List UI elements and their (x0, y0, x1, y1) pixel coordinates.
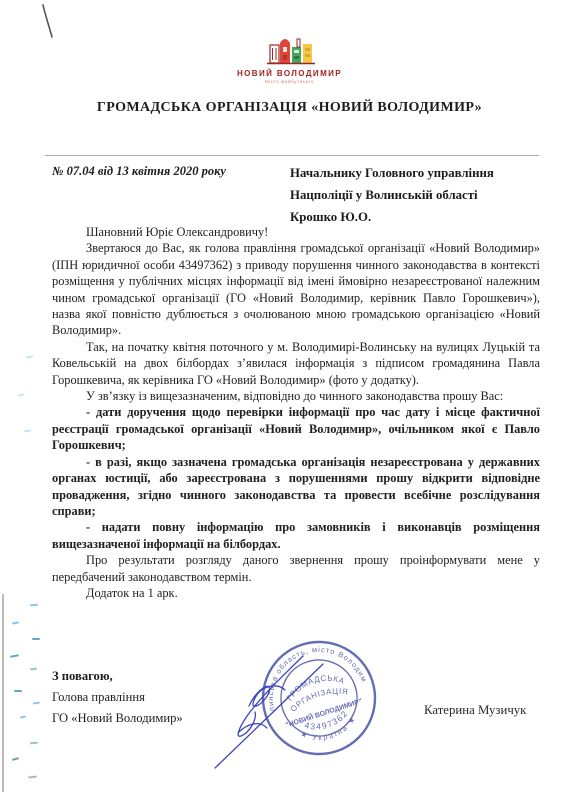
scan-artifact-dash (26, 355, 33, 358)
salutation: Шановний Юріє Олександровичу! (52, 224, 540, 240)
body-paragraph-request: - дати доручення щодо перевірки інформац… (52, 404, 540, 453)
scan-edge-line (2, 594, 4, 792)
scan-artifact-dash (33, 702, 40, 705)
reference-number: № 07.04 від 13 квітня 2020 року (52, 164, 226, 179)
letter-body: Шановний Юріє Олександровичу! Звертаюся … (52, 224, 540, 601)
scan-artifact-dash (10, 654, 19, 658)
scan-artifact-dash (30, 604, 38, 607)
closing-respect: З повагою, (52, 666, 183, 687)
closing-position: Голова правління (52, 687, 183, 708)
signer-name: Катерина Музичук (424, 703, 526, 718)
scan-artifact-dash (12, 757, 19, 761)
body-paragraph-request: - надати повну інформацію про замовників… (52, 519, 540, 552)
scan-artifact-dash (32, 638, 40, 640)
scan-artifact-dash (18, 393, 24, 396)
body-paragraph-request: - в разі, якщо зазначена громадська орга… (52, 454, 540, 520)
logo-org-name: НОВИЙ ВОЛОДИМИР (0, 69, 579, 78)
body-paragraph: У зв’язку із вищезазначеним, відповідно … (52, 388, 540, 404)
handwritten-signature (205, 636, 345, 776)
scan-artifact-dash (28, 776, 37, 779)
scan-artifact-dash (14, 690, 22, 692)
title-divider (45, 155, 539, 156)
addressee-line: Начальнику Головного управління (290, 162, 494, 184)
logo-tagline: Місто майбутнього (0, 79, 579, 84)
scan-artifact-dash (30, 668, 37, 671)
closing-org: ГО «Новий Володимир» (52, 708, 183, 729)
addressee-line: Нацполіції у Волинській області (290, 184, 494, 206)
org-logo: НОВИЙ ВОЛОДИМИР Місто майбутнього (0, 34, 579, 84)
body-paragraph: Так, на початку квітня поточного у м. Во… (52, 339, 540, 388)
city-skyline-icon (253, 34, 327, 68)
scan-artifact-dash (12, 621, 19, 624)
closing-block: З повагою, Голова правління ГО «Новий Во… (52, 666, 183, 729)
scanned-letter-page: НОВИЙ ВОЛОДИМИР Місто майбутнього ГРОМАД… (0, 0, 579, 792)
body-paragraph: Про результати розгляду даного звернення… (52, 552, 540, 585)
body-paragraph: Звертаюся до Вас, як голова правління гр… (52, 240, 540, 338)
scan-artifact-dash (20, 715, 26, 718)
scan-artifact-dash (24, 430, 31, 433)
body-paragraph: Додаток на 1 арк. (52, 585, 540, 601)
addressee-block: Начальнику Головного управління Нацполіц… (290, 162, 494, 228)
scan-artifact-dash (30, 742, 38, 745)
document-title: ГРОМАДСЬКА ОРГАНІЗАЦІЯ «НОВИЙ ВОЛОДИМИР» (0, 100, 579, 116)
